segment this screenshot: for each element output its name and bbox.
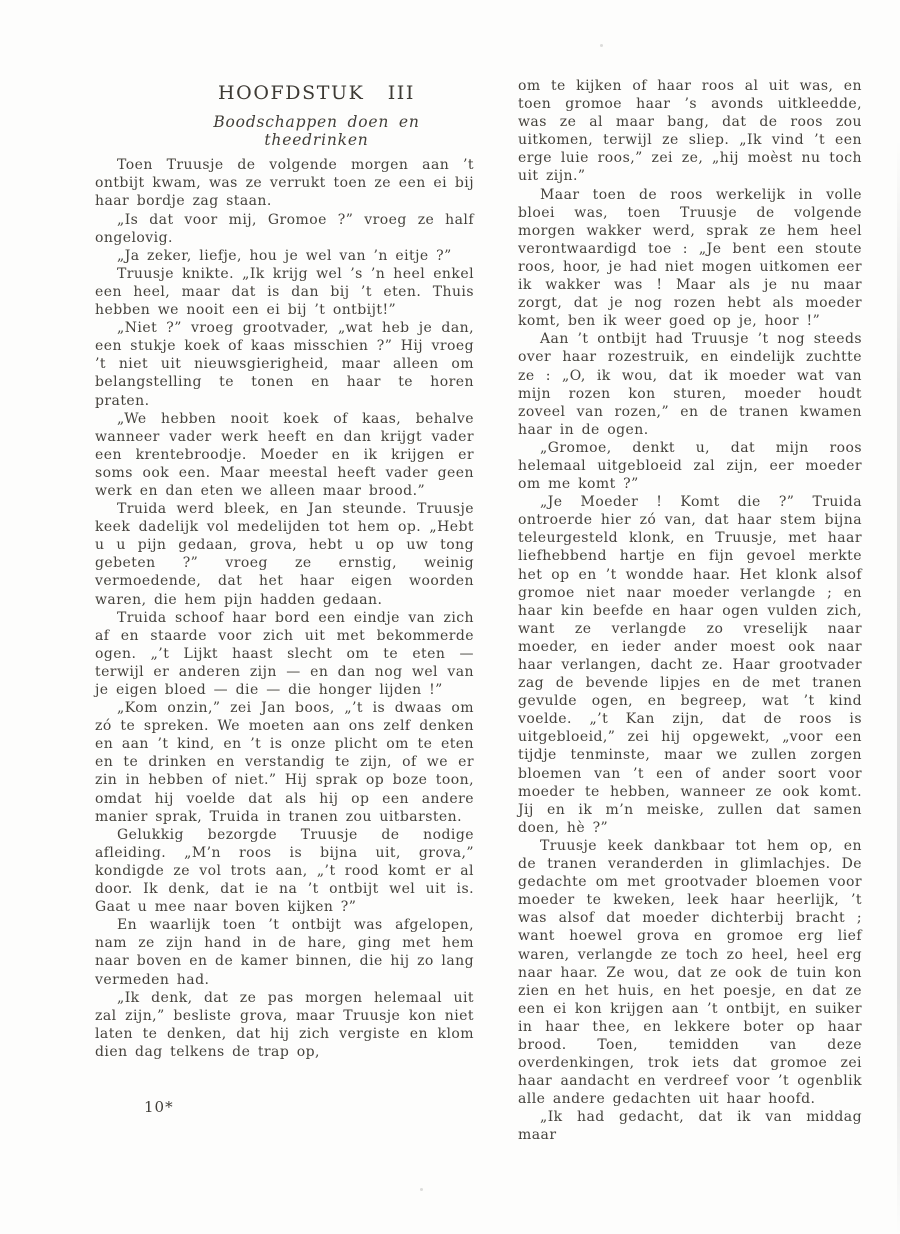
paragraph: „Kom onzin,” zei Jan boos, „’t is dwaas … [95,699,474,826]
paragraph: om te kijken of haar roos al uit was, en… [518,77,862,186]
paragraph: Truusje knikte. „Ik krijg wel ’s ’n heel… [95,265,474,319]
paragraph: „We hebben nooit koek of kaas, behalve w… [95,410,474,500]
right-column: om te kijken of haar roos al uit was, en… [518,77,862,1145]
paragraph: „Is dat voor mij, Gromoe ?” vroeg ze hal… [95,211,474,247]
paragraph: Truida werd bleek, en Jan steunde. Truus… [95,500,474,609]
paragraph: Gelukkig bezorgde Truusje de nodige afle… [95,826,474,916]
book-page: HOOFDSTUK III Boodschappen doen en theed… [0,0,900,1234]
scan-speck [600,44,603,47]
paragraph: En waarlijk toen ’t ontbijt was afgelope… [95,916,474,988]
paragraph: Toen Truusje de volgende morgen aan ’t o… [95,156,474,210]
paragraph: „Je Moeder ! Komt die ?” Truida ontroerd… [518,493,862,837]
paragraph: „Niet ?” vroeg grootvader, „wat heb je d… [95,319,474,409]
paragraph: Maar toen de roos werkelijk in volle blo… [518,186,862,331]
chapter-subtitle: Boodschappen doen en theedrinken [95,113,474,149]
left-column: HOOFDSTUK III Boodschappen doen en theed… [95,84,474,1061]
paragraph: „Gromoe, denkt u, dat mijn roos helemaal… [518,439,862,493]
paragraph: „Ja zeker, liefje, hou je wel van ’n eit… [95,247,474,265]
paragraph: Truusje keek dankbaar tot hem op, en de … [518,837,862,1108]
paragraph: „Ik had gedacht, dat ik van middag maar [518,1108,862,1144]
chapter-title: HOOFDSTUK III [95,84,474,102]
scan-speck [420,1188,423,1191]
paragraph: Truida schoof haar bord een eindje van z… [95,609,474,699]
paragraph: „Ik denk, dat ze pas morgen helemaal uit… [95,989,474,1061]
paragraph: Aan ’t ontbijt had Truusje ’t nog steeds… [518,330,862,439]
page-number: 10* [144,1098,174,1116]
